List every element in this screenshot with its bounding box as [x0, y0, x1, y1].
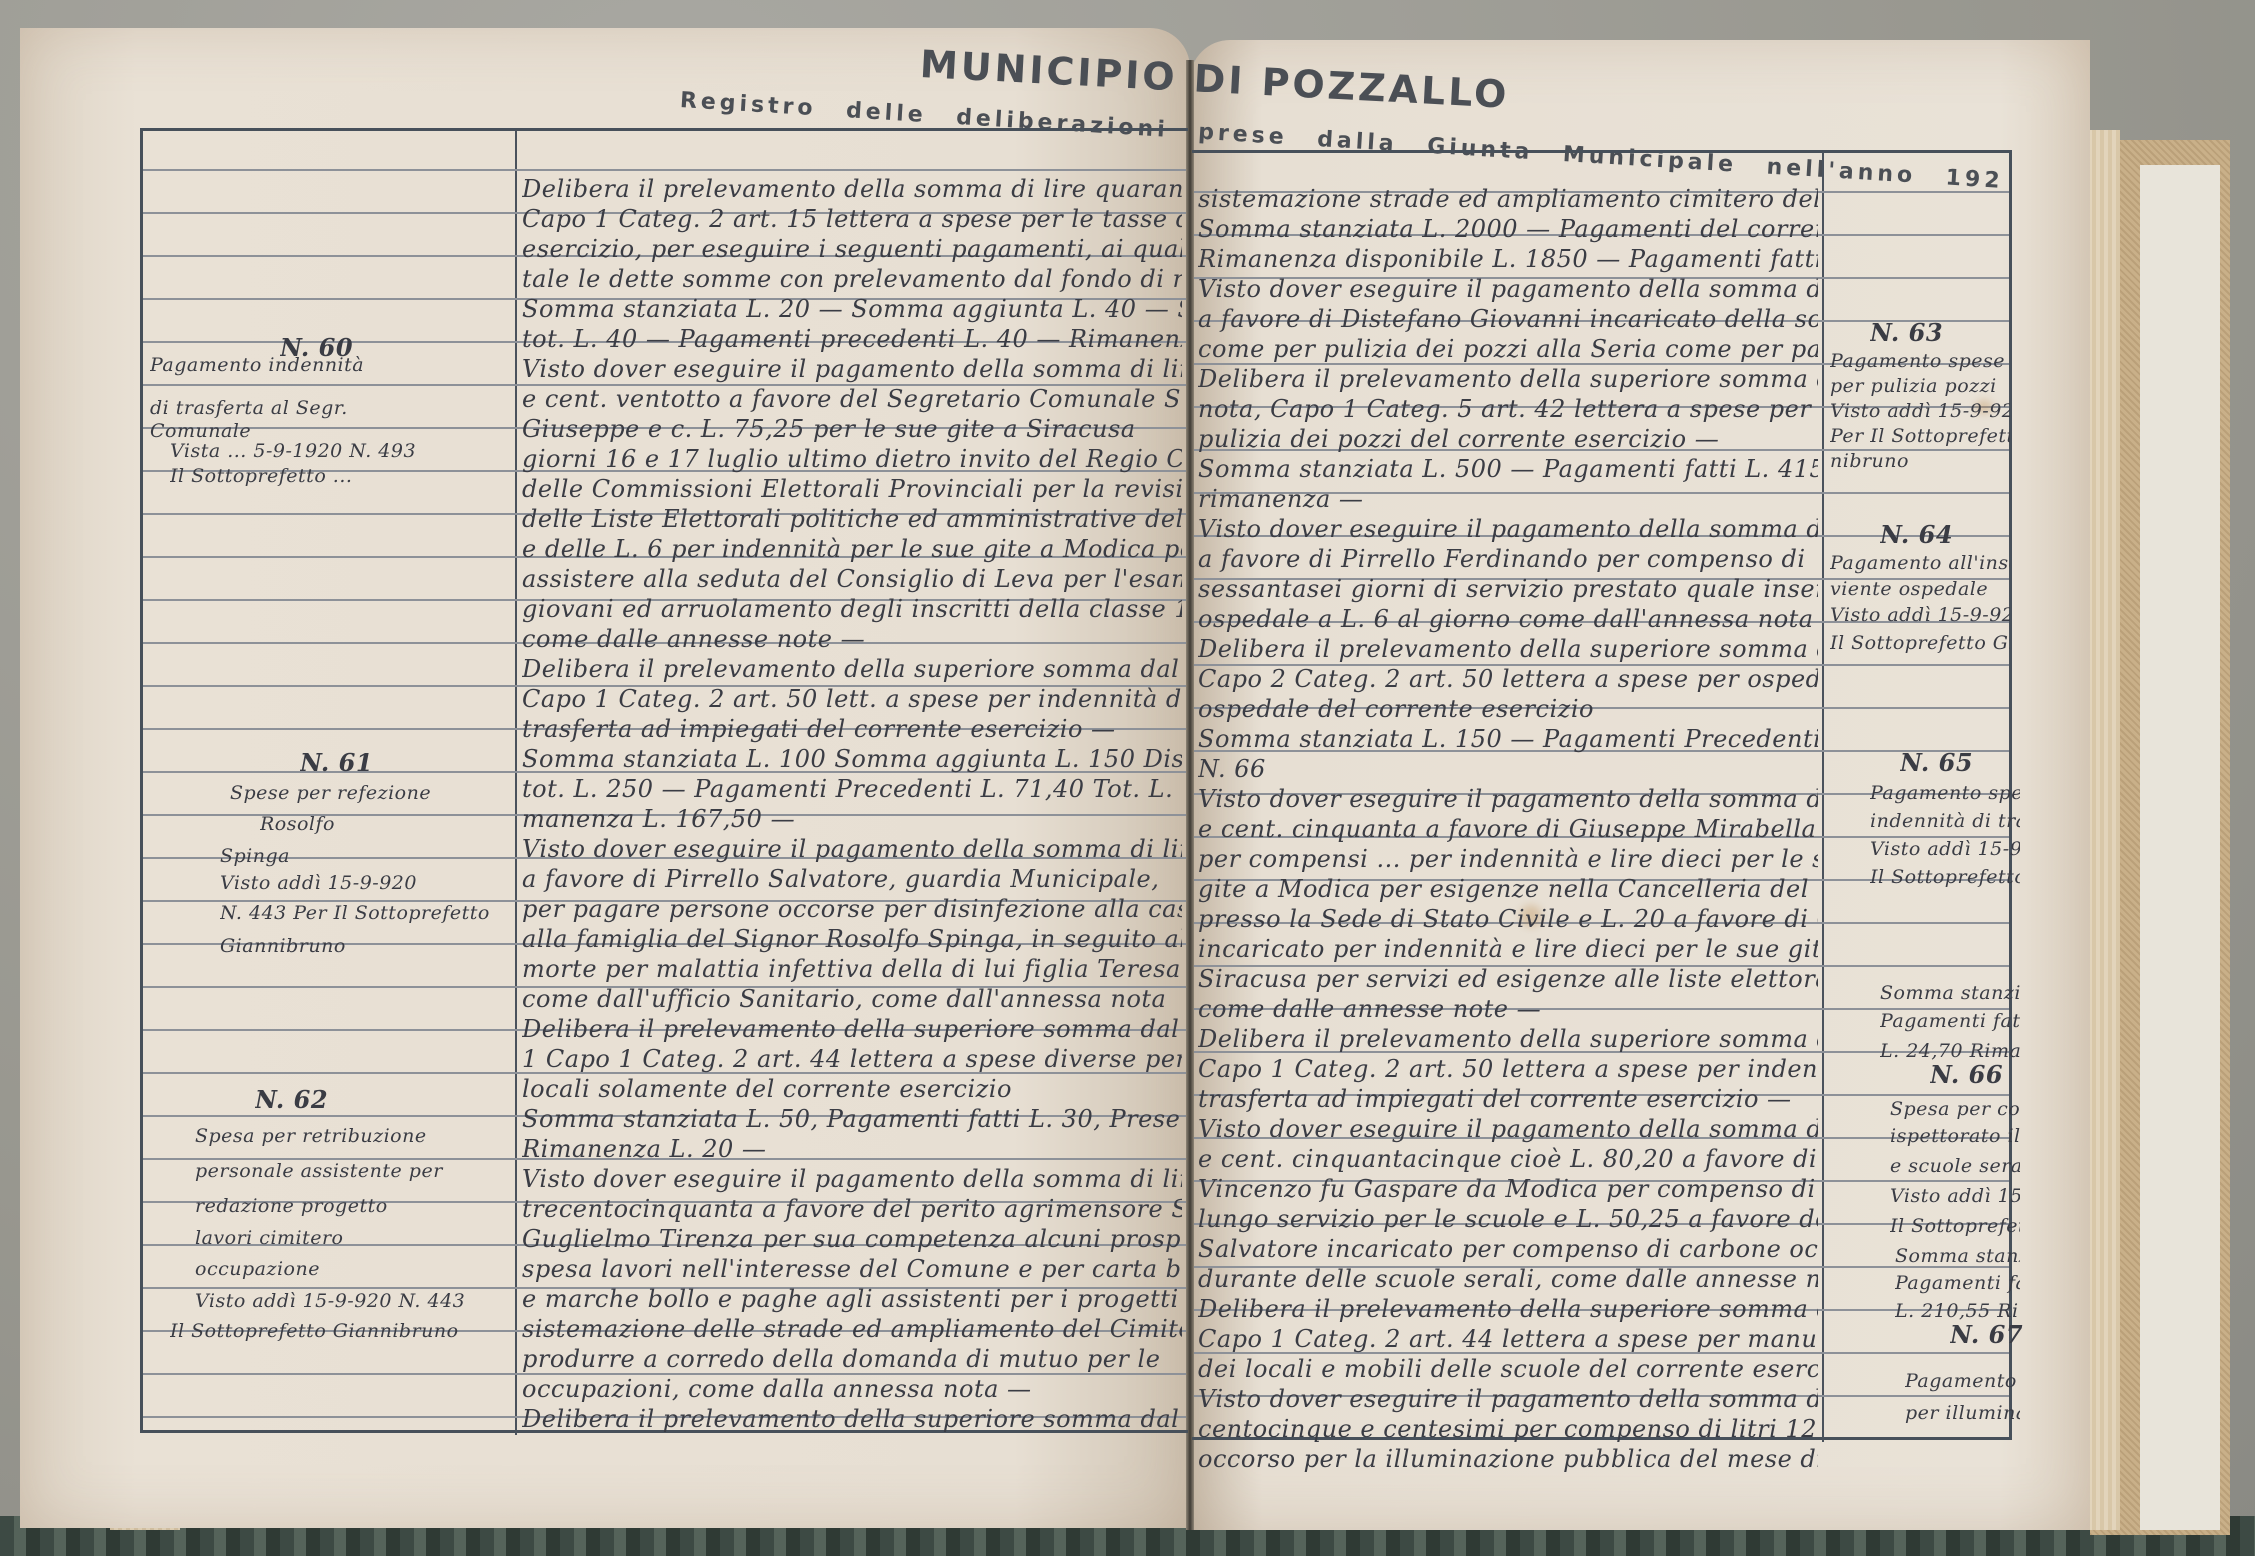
body-line: Delibera il prelevamento della superiore…	[522, 1398, 1182, 1441]
entry-number: N. 66	[1930, 1060, 2003, 1089]
endpaper-right	[2140, 165, 2220, 1530]
title-di: DI	[1193, 56, 1247, 103]
margin-note-line: Pagamento indennità	[150, 344, 510, 387]
margin-note-line: Il Sottoprefetto Giannibruno	[1870, 856, 2020, 899]
subtitle-word: prese	[1197, 120, 1288, 150]
margin-note-line: per illuminazione	[1905, 1392, 2020, 1435]
subtitle-word: delle	[845, 98, 927, 128]
margin-note-line: Giannibruno	[220, 925, 510, 968]
margin-note-line: nibruno	[1830, 440, 2010, 483]
body-line: occorso per la illuminazione pubblica de…	[1198, 1438, 1818, 1481]
margin-note-line: Il Sottoprefetto Giannibruno	[170, 1310, 510, 1353]
entry-number: N. 62	[255, 1085, 328, 1114]
margin-note-line: Il Sottoprefetto ...	[170, 455, 510, 498]
entry-number: N. 67	[1950, 1320, 2023, 1349]
margin-note-line: Il Sottoprefetto Giannibruno	[1830, 622, 2010, 665]
